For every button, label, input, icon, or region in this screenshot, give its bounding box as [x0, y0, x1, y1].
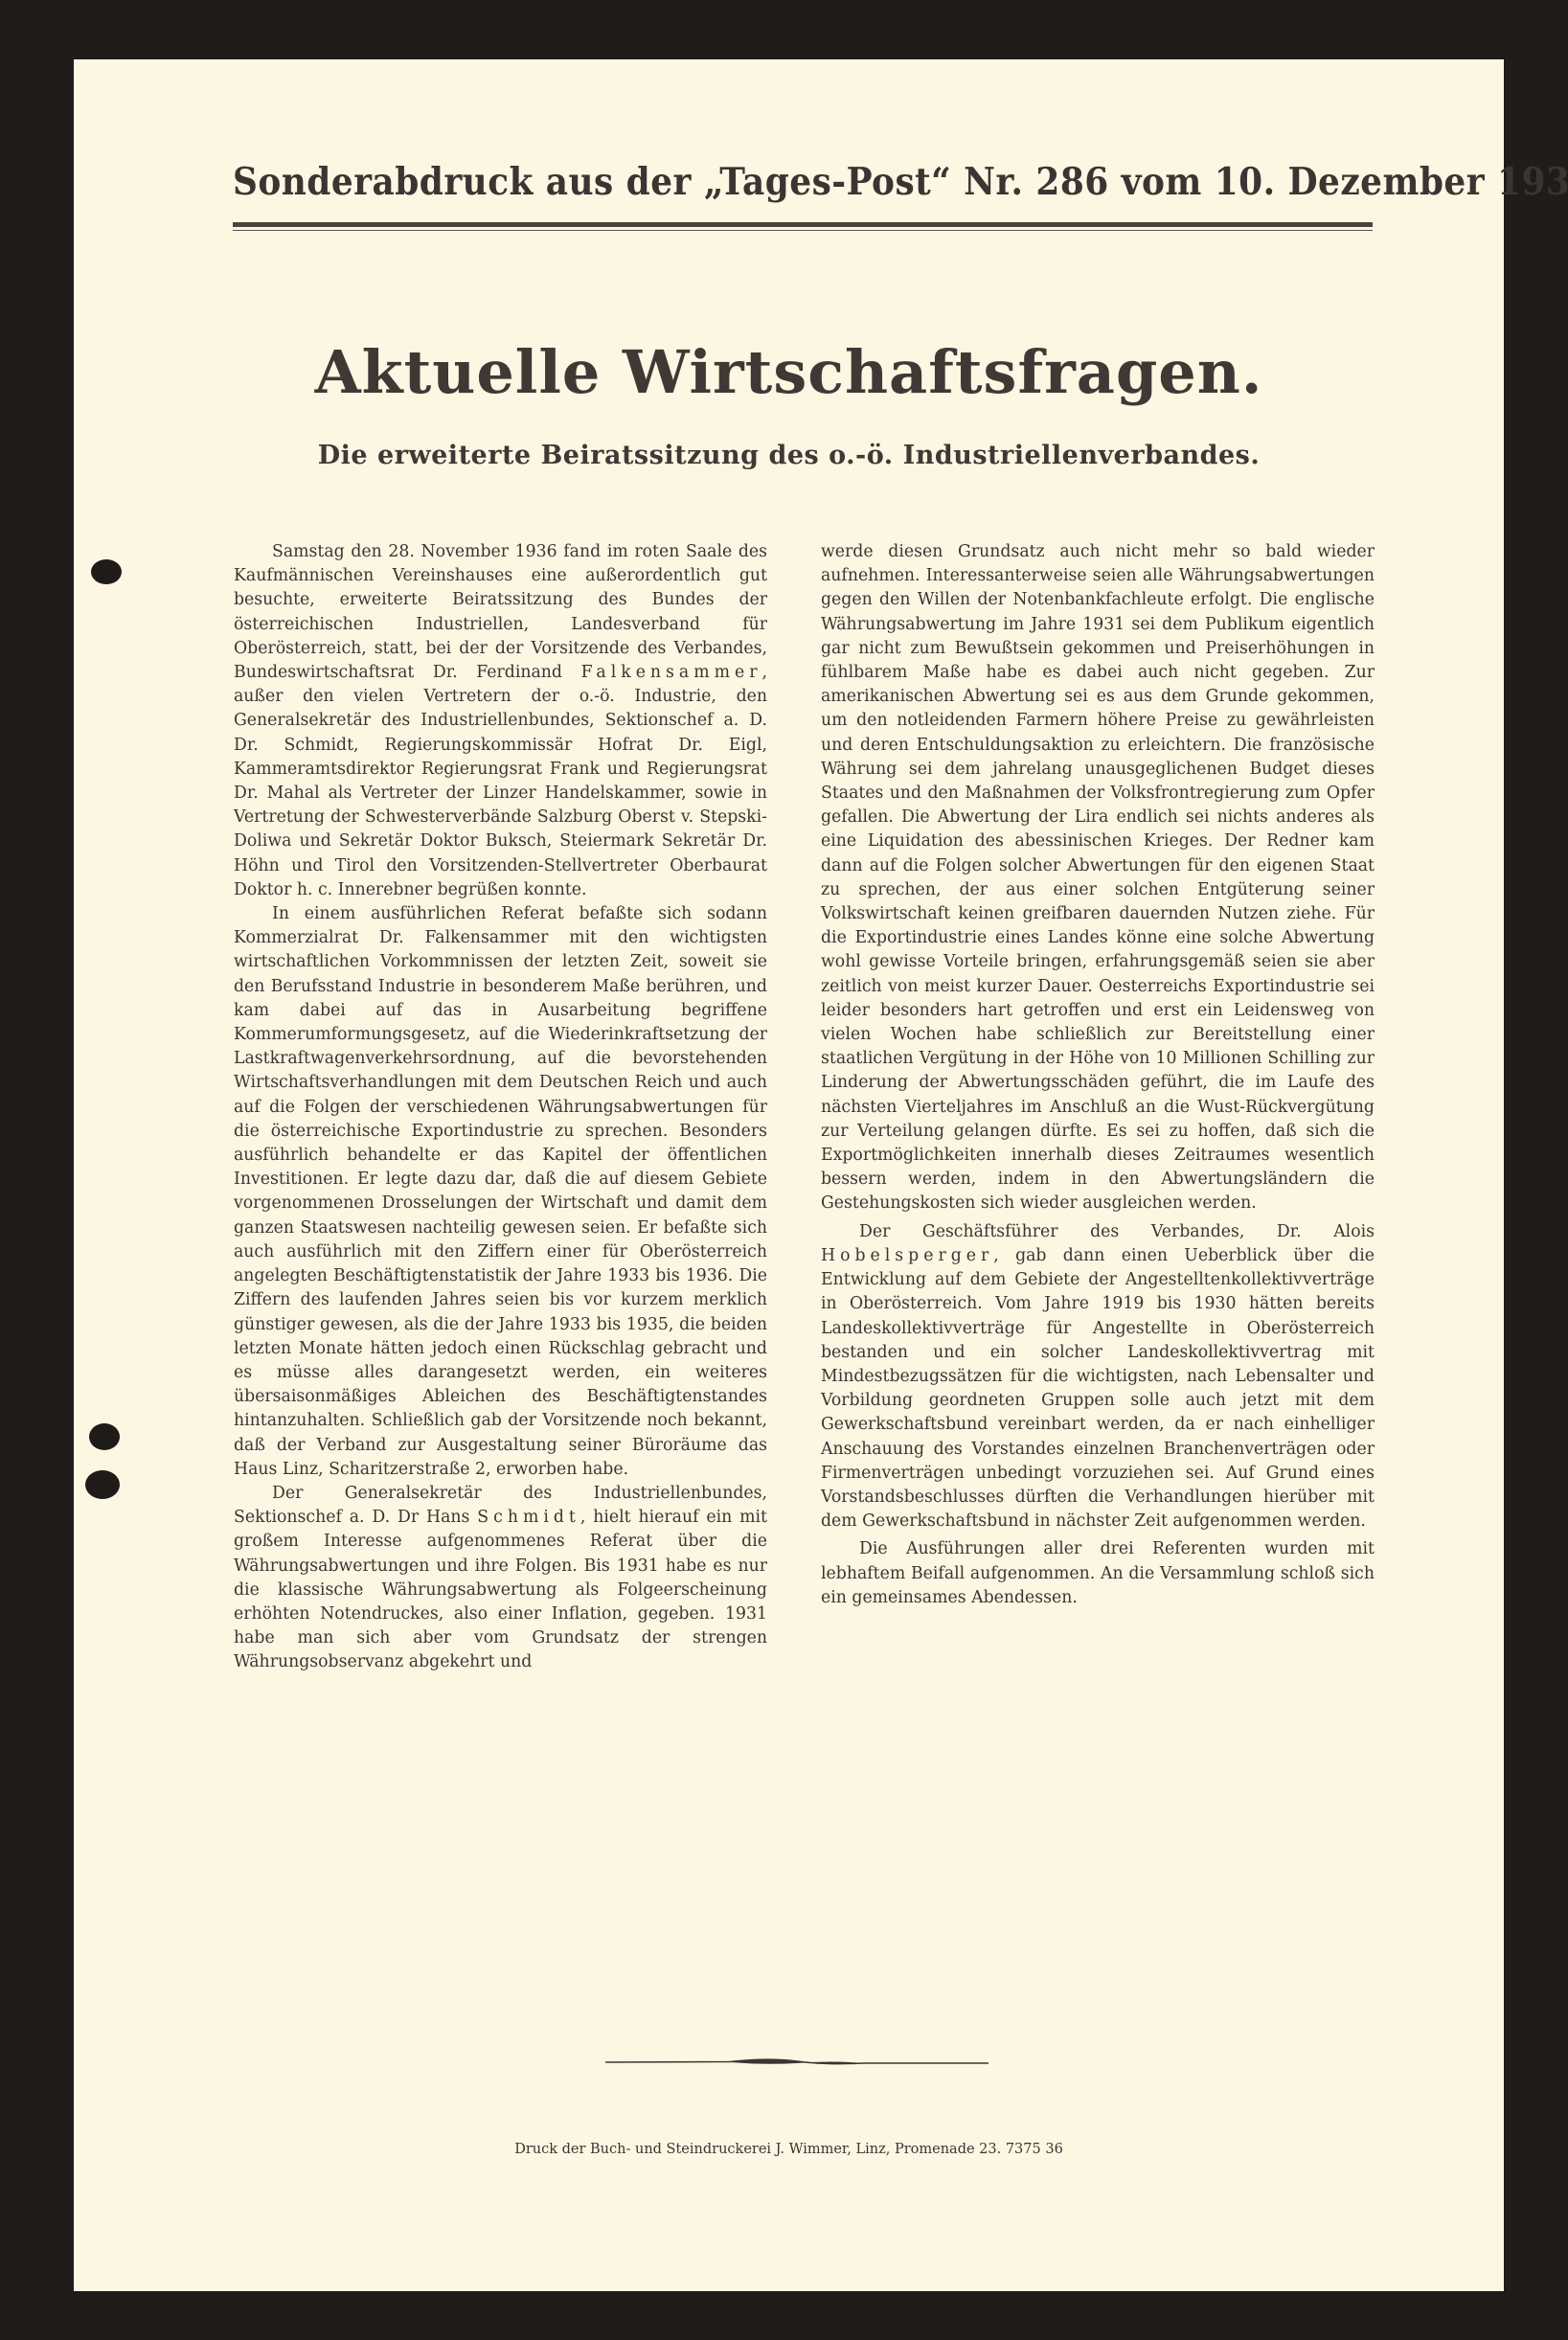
paragraph: Der Generalsekretär des Industriellenbun… [234, 1482, 767, 1675]
paragraph-text: , gab dann einen Ueberblick über die Ent… [821, 1246, 1375, 1531]
punch-hole [85, 1470, 120, 1499]
right-column: werde diesen Grundsatz auch nicht mehr s… [821, 540, 1375, 1610]
paragraph-text: , hielt hierauf ein mit großem Interesse… [234, 1508, 767, 1671]
punch-hole [91, 559, 122, 584]
article-title: Aktuelle Wirtschaftsfragen. [74, 337, 1504, 407]
document-page: Sonderabdruck aus der „Tages-Post“ Nr. 2… [74, 59, 1504, 2291]
end-ornament [605, 2056, 989, 2068]
printer-imprint: Druck der Buch- und Steindruckerei J. Wi… [74, 2142, 1504, 2157]
person-name: Hobelsperger [821, 1246, 993, 1265]
paragraph: Samstag den 28. November 1936 fand im ro… [234, 540, 767, 902]
paragraph: werde diesen Grundsatz auch nicht mehr s… [821, 540, 1375, 1216]
person-name: Falkensammer [581, 663, 762, 682]
masthead-rule [233, 222, 1373, 227]
punch-hole [89, 1423, 120, 1450]
masthead-rule-thin [233, 230, 1373, 231]
left-column: Samstag den 28. November 1936 fand im ro… [234, 540, 767, 1675]
paragraph: Die Ausführungen aller drei Referenten w… [821, 1537, 1375, 1610]
paragraph-text: Der Geschäftsführer des Verbandes, Dr. A… [859, 1222, 1375, 1241]
paragraph-text: , außer den vielen Vertretern der o.-ö. … [234, 663, 767, 899]
person-name: Schmidt [477, 1508, 580, 1527]
paragraph: In einem ausführlichen Referat befaßte s… [234, 902, 767, 1482]
paragraph: Der Geschäftsführer des Verbandes, Dr. A… [821, 1220, 1375, 1534]
article-subtitle: Die erweiterte Beiratssitzung des o.-ö. … [74, 441, 1504, 470]
masthead: Sonderabdruck aus der „Tages-Post“ Nr. 2… [233, 160, 1282, 204]
paragraph-text: Samstag den 28. November 1936 fand im ro… [234, 542, 767, 682]
